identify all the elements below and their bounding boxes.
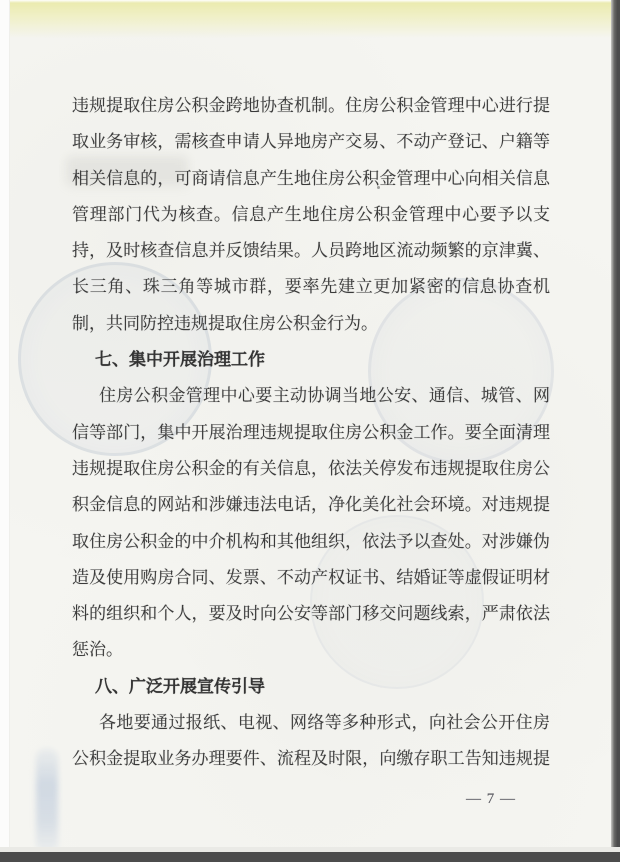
body-line: 长三角、珠三角等城市群，要率先建立更加紧密的信息协查机 — [72, 269, 550, 305]
body-line: 违规提取住房公积金的有关信息，依法关停发布违规提取住房公 — [72, 451, 550, 487]
scan-margin-left — [0, 0, 10, 862]
body-line: 信等部门，集中开展治理违规提取住房公积金工作。要全面清理 — [72, 415, 550, 451]
body-line: 公积金提取业务办理要件、流程及时限，向缴存职工告知违规提 — [72, 741, 550, 777]
ink-streak-artifact — [36, 748, 58, 854]
page-number: — 7 — — [466, 791, 516, 808]
document-text: 违规提取住房公积金跨地协查机制。住房公积金管理中心进行提取业务审核，需核查申请人… — [72, 88, 550, 778]
body-line: 造及使用购房合同、发票、不动产权证书、结婚证等虚假证明材 — [72, 560, 550, 596]
scanned-document-page: 违规提取住房公积金跨地协查机制。住房公积金管理中心进行提取业务审核，需核查申请人… — [0, 0, 620, 862]
body-line: 制，共同防控违规提取住房公积金行为。 — [72, 306, 550, 342]
body-line: 违规提取住房公积金跨地协查机制。住房公积金管理中心进行提 — [72, 88, 550, 124]
section-heading: 七、集中开展治理工作 — [72, 342, 550, 378]
scan-edge-bottom — [0, 852, 620, 862]
body-line: 料的组织和个人，要及时向公安等部门移交问题线索，严肃依法 — [72, 596, 550, 632]
body-line: 取业务审核，需核查申请人异地房产交易、不动产登记、户籍等 — [72, 124, 550, 160]
paper-tint-top — [0, 0, 620, 38]
body-line: 住房公积金管理中心要主动协调当地公安、通信、城管、网 — [72, 378, 550, 414]
body-line: 相关信息的，可商请信息产生地住房公积金管理中心向相关信息 — [72, 161, 550, 197]
section-heading: 八、广泛开展宣传引导 — [72, 669, 550, 705]
scan-edge-right — [611, 0, 620, 862]
body-line: 惩治。 — [72, 632, 550, 668]
body-line: 积金信息的网站和涉嫌违法电话，净化美化社会环境。对违规提 — [72, 487, 550, 523]
body-line: 取住房公积金的中介机构和其他组织，依法予以查处。对涉嫌伪 — [72, 524, 550, 560]
body-line: 持，及时核查信息并反馈结果。人员跨地区流动频繁的京津冀、 — [72, 233, 550, 269]
body-line: 管理部门代为核查。信息产生地住房公积金管理中心要予以支 — [72, 197, 550, 233]
body-line: 各地要通过报纸、电视、网络等多种形式，向社会公开住房 — [72, 705, 550, 741]
